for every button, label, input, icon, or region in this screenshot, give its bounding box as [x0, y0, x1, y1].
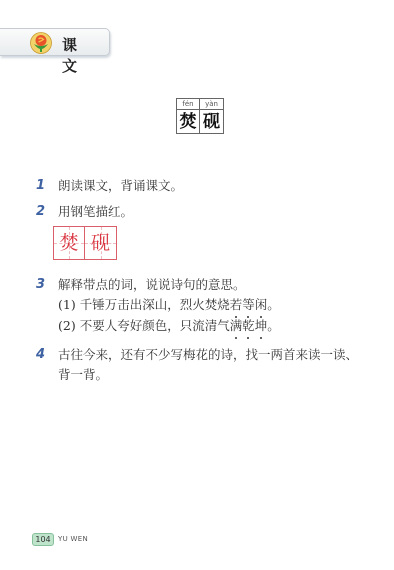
exercise-text: 朗读课文，背诵课文。	[58, 176, 183, 196]
section-title: 课 文	[62, 34, 109, 76]
exercise-text-cont: 背一背。	[58, 365, 108, 385]
tracing-cell: 焚	[54, 227, 85, 259]
sunflower-logo-icon	[30, 32, 52, 54]
tracing-char: 砚	[91, 232, 110, 254]
tracing-grid: 焚 砚	[53, 226, 117, 260]
hanzi-fen: 焚	[177, 110, 200, 134]
footer-label: YU WEN	[58, 535, 88, 543]
exercise-text: 用钢笔描红。	[58, 202, 133, 222]
pinyin-fen: fén	[177, 99, 200, 110]
exercise-number: 1	[36, 176, 45, 196]
hanzi-yan: 砚	[200, 110, 223, 134]
poem-line-1: (1) 千锤万击出深山，烈火焚烧若等闲。	[58, 295, 280, 315]
exercise-text: 古往今来，还有不少写梅花的诗，找一两首来读一读、	[58, 345, 358, 365]
lesson-title-chars: fén yàn 焚 砚	[176, 98, 224, 134]
exercise-number: 3	[36, 275, 45, 295]
pinyin-yan: yàn	[200, 99, 223, 110]
tracing-cell: 砚	[85, 227, 116, 259]
exercise-number: 2	[36, 202, 45, 222]
section-header-tab: 课 文	[0, 28, 110, 56]
page-number: 104	[32, 533, 54, 546]
exercise-text: 解释带点的词，说说诗句的意思。	[58, 275, 246, 295]
dotted-word: 若等闲	[230, 297, 268, 312]
dotted-word: 满乾坤	[230, 318, 268, 333]
exercise-number: 4	[36, 345, 45, 365]
textbook-page: 课 文 fén yàn 焚 砚 1 朗读课文，背诵课文。 2 用钢笔描红。 焚 …	[0, 0, 394, 570]
poem-line-2: (2) 不要人夸好颜色，只流清气满乾坤。	[58, 316, 280, 336]
tracing-char: 焚	[59, 232, 78, 254]
